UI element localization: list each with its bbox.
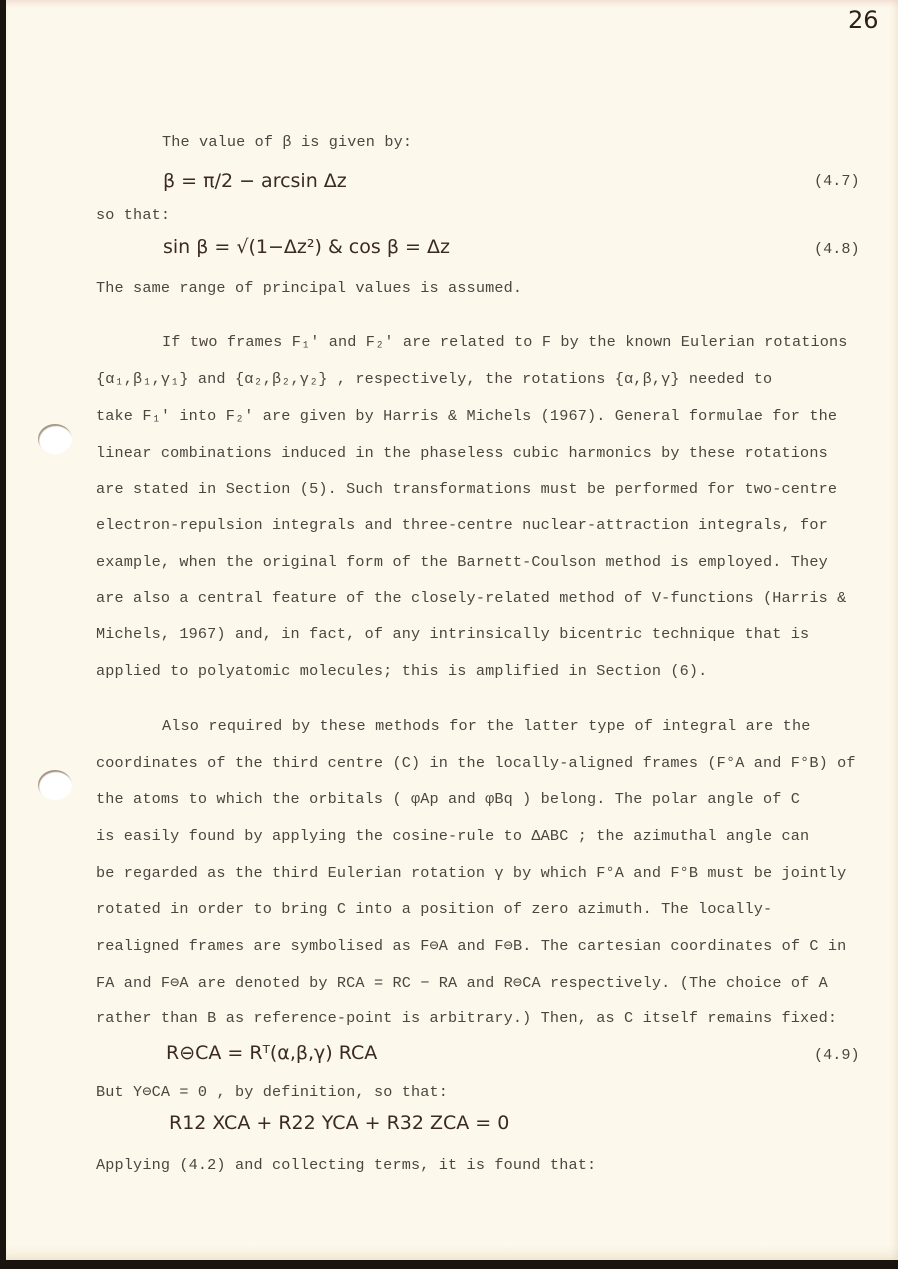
text-line: are also a central feature of the closel… <box>96 589 846 607</box>
text-line: If two frames F₁' and F₂' are related to… <box>162 333 848 351</box>
text-line: The value of β is given by: <box>162 133 412 151</box>
text-line: linear combinations induced in the phase… <box>96 444 828 462</box>
text-line: realigned frames are symbolised as F⊖A a… <box>96 936 846 955</box>
text-line: {α₁,β₁,γ₁} and {α₂,β₂,γ₂} , respectively… <box>96 370 772 388</box>
text-line: The same range of principal values is as… <box>96 279 522 297</box>
equation-4-10: R12 XCA + R22 YCA + R32 ZCA = 0 <box>169 1112 509 1134</box>
text-line: rotated in order to bring C into a posit… <box>96 900 772 918</box>
text-line: rather than B as reference-point is arbi… <box>96 1009 837 1027</box>
text-line: But Y⊖CA = 0 , by definition, so that: <box>96 1082 448 1101</box>
text-line: FA and F⊖A are denoted by RCA = RC − RA … <box>96 973 828 992</box>
punch-hole-upper <box>38 424 72 454</box>
text-line: is easily found by applying the cosine-r… <box>96 827 809 845</box>
equation-number: (4.8) <box>814 240 860 258</box>
equation-number: (4.7) <box>814 172 860 190</box>
text-line: are stated in Section (5). Such transfor… <box>96 480 837 498</box>
text-line: so that: <box>96 206 170 224</box>
text-line: electron-repulsion integrals and three-c… <box>96 516 828 534</box>
punch-hole-lower <box>38 770 72 800</box>
equation-4-7: β = π/2 − arcsin Δz <box>163 170 347 192</box>
page-number: 26 <box>848 6 879 34</box>
text-line: coordinates of the third centre (C) in t… <box>96 754 856 772</box>
document-page: 26 The value of β is given by: β = π/2 −… <box>6 0 898 1260</box>
equation-4-8: sin β = √(1−Δz²) & cos β = Δz <box>163 236 450 258</box>
text-line: take F₁' into F₂' are given by Harris & … <box>96 407 837 425</box>
text-line: applied to polyatomic molecules; this is… <box>96 662 707 680</box>
text-line: example, when the original form of the B… <box>96 553 828 571</box>
text-line: Also required by these methods for the l… <box>162 717 810 735</box>
text-line: Michels, 1967) and, in fact, of any intr… <box>96 625 809 643</box>
equation-4-9: R⊖CA = Rᵀ(α,β,γ) RCA <box>166 1042 377 1064</box>
equation-number: (4.9) <box>814 1046 860 1064</box>
text-line: the atoms to which the orbitals ( φAp an… <box>96 790 800 808</box>
text-line: Applying (4.2) and collecting terms, it … <box>96 1156 596 1174</box>
text-line: be regarded as the third Eulerian rotati… <box>96 864 846 882</box>
